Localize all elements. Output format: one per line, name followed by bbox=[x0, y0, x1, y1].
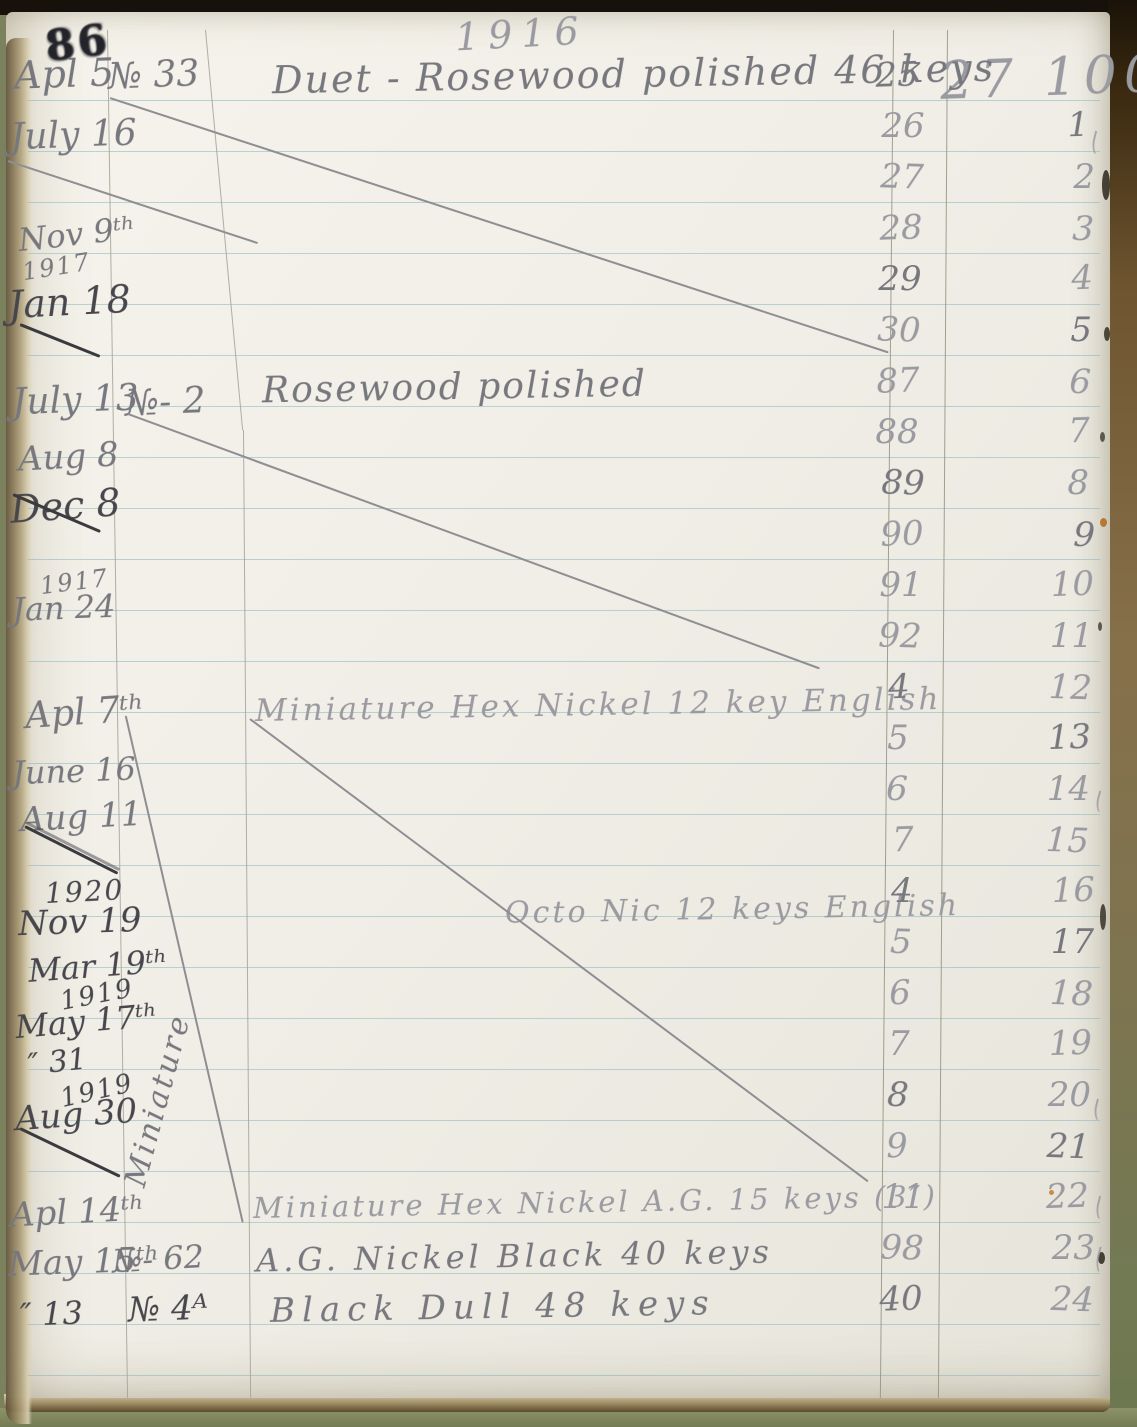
serial-number: 5 bbox=[868, 924, 933, 960]
serial-number: 11 bbox=[871, 1180, 935, 1214]
serial-number: 98 bbox=[869, 1230, 934, 1266]
serial-number: 40 bbox=[868, 1281, 933, 1317]
tally-number: 17 bbox=[1014, 925, 1094, 959]
ink-spot bbox=[1100, 432, 1105, 442]
tally-number: 12 bbox=[1011, 669, 1092, 706]
ledger-page: 86 1916 27 100 Apl 5 July 16 Nov 9ᵗʰ 191… bbox=[6, 12, 1110, 1398]
entry-date: Jan 24 bbox=[11, 590, 115, 626]
tally-number: 8 bbox=[1009, 466, 1089, 500]
tally-number: 13 bbox=[1010, 720, 1091, 757]
serial-number: 87 bbox=[865, 363, 930, 399]
serial-number: 91 bbox=[869, 568, 933, 602]
entry-description: Rosewood polished bbox=[262, 367, 648, 410]
ink-spot bbox=[1102, 170, 1110, 200]
tally-number: 24 bbox=[1013, 1281, 1094, 1318]
serial-number: 90 bbox=[869, 516, 934, 552]
entry-date: July 16 bbox=[9, 116, 137, 156]
entry-date: Apl 14ᵗʰ bbox=[9, 1192, 145, 1233]
tally-number: 22 bbox=[1008, 1179, 1089, 1216]
entry-date: Apl 5 bbox=[13, 53, 114, 94]
serial-number: 27 bbox=[869, 159, 934, 195]
entry-date: Aug 8 bbox=[17, 437, 119, 476]
serial-number: 88 bbox=[865, 415, 929, 449]
serial-number: 30 bbox=[866, 312, 931, 348]
serial-number: 29 bbox=[868, 262, 932, 296]
entry-number: №- 62 bbox=[111, 1241, 205, 1278]
tally-number: 3 bbox=[1013, 210, 1094, 247]
tally-number: 4 bbox=[1012, 261, 1093, 298]
serial-number: 7 bbox=[870, 822, 935, 858]
entry-date: Nov 19 bbox=[17, 903, 142, 941]
tally-number: 7 bbox=[1009, 414, 1090, 451]
serial-number: 26 bbox=[871, 109, 935, 143]
tally-number: 16 bbox=[1014, 873, 1095, 910]
ink-spot bbox=[1100, 904, 1106, 930]
serial-number: 7 bbox=[867, 1027, 931, 1061]
entry-description: Black Dull 48 keys bbox=[270, 1286, 716, 1328]
serial-number: 5 bbox=[866, 721, 930, 755]
serial-number: 4 bbox=[866, 669, 931, 705]
tally-number: 1 bbox=[1008, 108, 1089, 145]
tally-number: 6 bbox=[1010, 363, 1091, 400]
serial-number: 6 bbox=[867, 975, 932, 1011]
tally-number: 14 bbox=[1010, 772, 1090, 806]
entry-date: Jan 18 bbox=[7, 280, 132, 324]
tally-number: 11 bbox=[1013, 619, 1093, 653]
tally-number: 2 bbox=[1015, 160, 1095, 194]
tally-number: 10 bbox=[1013, 567, 1094, 604]
rust-spot bbox=[1049, 1190, 1054, 1195]
tally-number: 20 bbox=[1011, 1078, 1091, 1112]
tally-number: 18 bbox=[1012, 975, 1093, 1012]
tally-number: 15 bbox=[1008, 822, 1089, 859]
year-heading: 1916 bbox=[454, 12, 589, 57]
entry-number: № 4ᴬ bbox=[127, 1291, 208, 1328]
entry-date: July 13 bbox=[11, 381, 139, 421]
serial-number: 4 bbox=[870, 874, 934, 908]
serial-number: 89 bbox=[870, 465, 935, 501]
entry-description: A.G. Nickel Black 40 keys bbox=[256, 1235, 773, 1276]
tally-number: 23 bbox=[1015, 1231, 1095, 1265]
entry-date: Aug 30 bbox=[14, 1094, 138, 1136]
book-edge-right bbox=[1108, 0, 1137, 1427]
entry-date: Dec 8 bbox=[9, 483, 122, 529]
ledger-scan: { "page": { "stamp_number": "86", "year_… bbox=[0, 0, 1137, 1427]
serial-number: 25 bbox=[864, 57, 929, 93]
tally-number: 19 bbox=[1011, 1026, 1092, 1063]
serial-number: 28 bbox=[868, 210, 933, 246]
entry-date: ″ 13 bbox=[19, 1297, 83, 1331]
ink-spot bbox=[1104, 327, 1110, 341]
entry-date: June 16 bbox=[11, 753, 136, 789]
serial-number: 8 bbox=[865, 1077, 930, 1113]
tally-number: 21 bbox=[1009, 1128, 1090, 1165]
tally-number: 5 bbox=[1012, 313, 1092, 347]
serial-number: 9 bbox=[864, 1128, 929, 1164]
serial-number: 6 bbox=[864, 771, 929, 807]
entry-date: ″ 31 bbox=[27, 1045, 89, 1081]
entry-number: № 33 bbox=[107, 56, 200, 95]
ink-spot bbox=[1098, 622, 1102, 631]
tally-number: 9 bbox=[1014, 516, 1095, 553]
rust-spot bbox=[1100, 518, 1107, 527]
serial-number: 92 bbox=[867, 618, 932, 654]
